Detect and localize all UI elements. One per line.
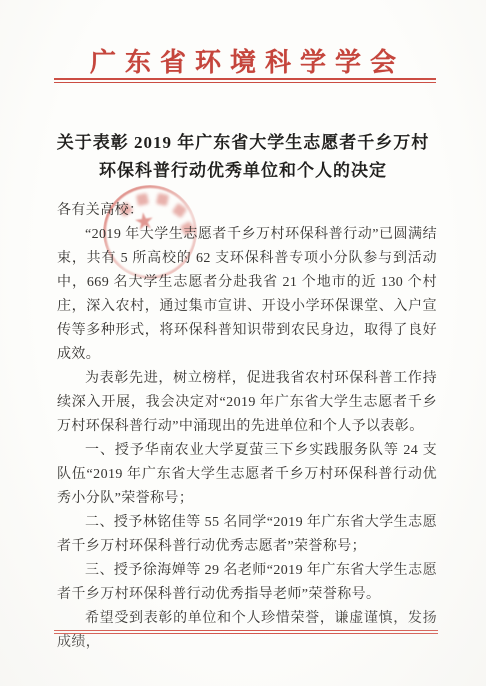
document-title: 关于表彰 2019 年广东省大学生志愿者千乡万村 环保科普行动优秀单位和个人的决… — [30, 129, 456, 185]
salutation: 各有关高校： — [57, 199, 437, 223]
footer-divider-rule — [54, 630, 438, 634]
body-paragraph: 二、授予林铭佳等 55 名同学“2019 年广东省大学生志愿者千乡万村环保科普行… — [57, 511, 437, 559]
document-body: 各有关高校： “2019 年大学生志愿者千乡万村环保科普行动”已圆满结束，共有 … — [57, 199, 437, 655]
body-paragraph: 为表彰先进，树立榜样，促进我省农村环保科普工作持续深入开展，我会决定对“2019… — [57, 367, 437, 439]
scanned-official-document: 广东省环境科学学会 关于表彰 2019 年广东省大学生志愿者千乡万村 环保科普行… — [0, 0, 486, 686]
letterhead-divider-rule — [54, 78, 436, 83]
letterhead-org-name: 广东省环境科学学会 — [0, 42, 486, 79]
document-title-line1: 关于表彰 2019 年广东省大学生志愿者千乡万村 — [30, 129, 456, 157]
body-paragraph: “2019 年大学生志愿者千乡万村环保科普行动”已圆满结束，共有 5 所高校的 … — [57, 223, 437, 367]
document-title-line2: 环保科普行动优秀单位和个人的决定 — [30, 157, 456, 185]
body-paragraphs: “2019 年大学生志愿者千乡万村环保科普行动”已圆满结束，共有 5 所高校的 … — [57, 223, 437, 655]
body-paragraph: 三、授予徐海婵等 29 名老师“2019 年广东省大学生志愿者千乡万村环保科普行… — [57, 559, 437, 607]
body-paragraph: 一、授予华南农业大学夏萤三下乡实践服务队等 24 支队伍“2019 年广东省大学… — [57, 439, 437, 511]
